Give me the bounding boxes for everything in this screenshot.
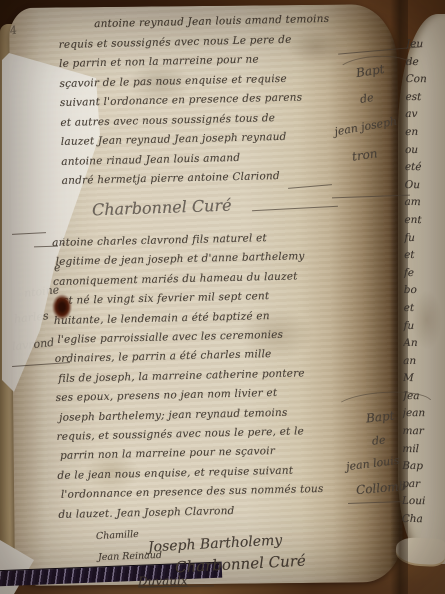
text-fragment: ou: [405, 142, 445, 160]
text-fragment: an: [403, 353, 443, 371]
text-fragment: et: [404, 300, 444, 318]
margin-note-bapt-tron-line2: de: [359, 91, 374, 106]
text-fragment: fe: [404, 265, 444, 283]
text-fragment: Cha: [402, 511, 442, 529]
text-fragment: Jeu: [406, 36, 445, 54]
text-fragment: bo: [404, 282, 444, 300]
act1-text-block: antoine reynaud Jean louis amand temoins…: [58, 10, 346, 192]
text-fragment: Bap: [402, 458, 442, 476]
act2-text-block: antoine charles clavrond fils naturel et…: [52, 227, 351, 525]
text-fragment: par: [402, 476, 442, 494]
text-fragment: M: [403, 370, 443, 388]
margin-note-bapt-collomb-line2: de: [371, 433, 386, 447]
margin-note-bapt-collomb-line1: Bapt: [365, 409, 395, 426]
text-fragment: mil: [402, 441, 442, 459]
text-fragment: am: [404, 194, 444, 212]
next-page-text-fragments: JeudeConestavenouetéOuamentfuetfeboetfuA…: [402, 36, 445, 529]
text-fragment: Ou: [405, 177, 445, 195]
text-fragment: eté: [405, 159, 445, 177]
signature-witness-small: Chamille: [96, 529, 139, 542]
text-fragment: mar: [402, 423, 442, 441]
register-photo: antoine reynaud Jean louis amand temoins…: [0, 0, 445, 594]
text-fragment: An: [403, 335, 443, 353]
text-fragment: Loui: [402, 493, 442, 511]
text-fragment: en: [405, 124, 445, 142]
text-fragment: et: [404, 247, 444, 265]
text-fragment: fu: [403, 317, 443, 335]
text-fragment: est: [405, 89, 445, 107]
text-fragment: Con: [406, 71, 445, 89]
text-fragment: ent: [404, 212, 444, 230]
text-fragment: av: [405, 106, 445, 124]
signature-jean-reinaud: Jean Reinaud: [98, 550, 162, 563]
text-fragment: jean: [403, 405, 443, 423]
text-fragment: fu: [404, 230, 444, 248]
